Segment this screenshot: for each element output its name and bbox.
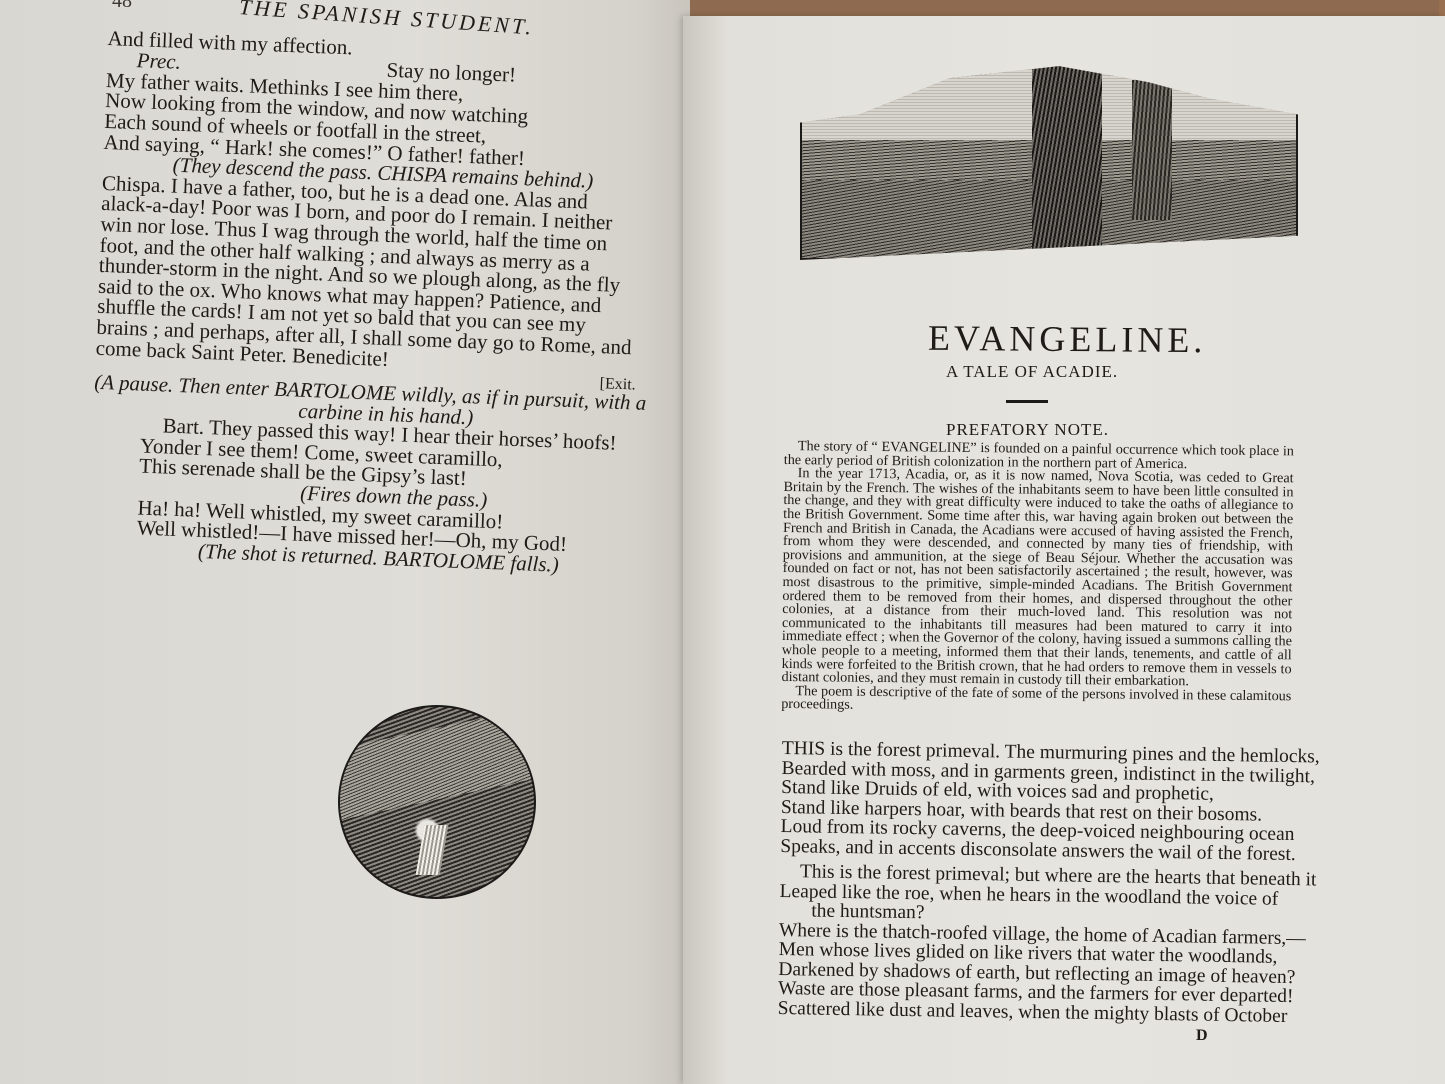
poem-subtitle: A TALE OF ACADIE. (946, 362, 1118, 382)
tree-trunk (1032, 60, 1102, 250)
divider-rule (1006, 400, 1048, 403)
waterfall-illustration (338, 705, 536, 899)
note-paragraph: The poem is descriptive of the fate of s… (781, 685, 1291, 718)
note-paragraph: In the year 1713, Acadia, or, as it is n… (781, 467, 1293, 690)
poem-title: EVANGELINE. (928, 317, 1207, 361)
left-page: 48 THE SPANISH STUDENT. And filled with … (0, 0, 690, 1084)
poem-body: THIS is the forest primeval. The murmuri… (778, 739, 1302, 1026)
waterfall-engraving (416, 825, 449, 875)
page-number: 48 (112, 0, 132, 13)
prefatory-note-heading: PREFATORY NOTE. (946, 420, 1109, 440)
hillside-engraving (338, 705, 536, 820)
prefatory-note: The story of “ EVANGELINE” is founded on… (781, 440, 1294, 717)
signature-mark: D (1196, 1027, 1208, 1045)
play-text: And filled with my affection. Prec. Stay… (88, 28, 668, 579)
background-tree (1132, 80, 1172, 220)
